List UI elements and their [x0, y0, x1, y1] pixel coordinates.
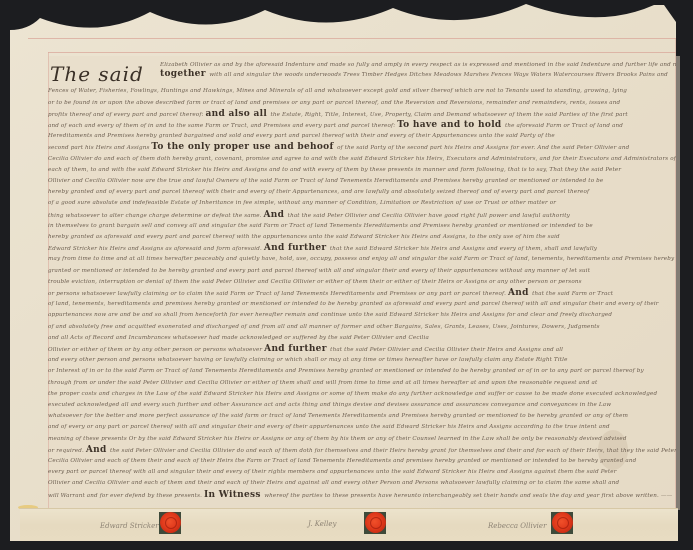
- deed-line: will Warrant and for ever defend by thes…: [48, 490, 676, 501]
- line-text: the aforesaid Farm or Tract of land and: [505, 123, 623, 129]
- line-text: Hereditaments and Premises hereby grante…: [48, 133, 555, 139]
- line-text: in themselves to grant bargain sell and …: [48, 223, 593, 229]
- deed-line: thing whatsoever to alter change charge …: [48, 210, 676, 221]
- line-text: will Warrant and for ever defend by thes…: [48, 493, 204, 499]
- line-text: appurtenances now are and be and so shal…: [48, 312, 612, 318]
- deed-line: Ollivier and Cecilia Ollivier now are th…: [48, 176, 676, 187]
- wax: [160, 512, 181, 533]
- line-text: executed acknowledged all and every such…: [48, 402, 611, 408]
- deed-line: granted or mentioned or intended to be h…: [48, 266, 676, 277]
- line-text: profits thereof and of every part and pa…: [48, 112, 206, 118]
- deed-line: or persons whatsoever lawfully claiming …: [48, 288, 676, 299]
- wax: [365, 512, 386, 533]
- emphasis-phrase: and also all: [206, 109, 271, 119]
- emphasis-phrase: To the only proper use and behoof: [151, 142, 337, 152]
- line-text: Ollivier and Cecilia Ollivier and each o…: [48, 480, 619, 486]
- wax-seal-icon: [364, 512, 386, 534]
- line-text: Cecilia Ollivier do and each of them dot…: [48, 156, 676, 162]
- deed-line: Fences of Water, Fisheries, Fowlings, Hu…: [48, 86, 676, 97]
- deed-line: executed acknowledged all and every such…: [48, 400, 676, 411]
- deed-line: may from time to time and at all times h…: [48, 254, 676, 265]
- line-text: of the said Party of the second part his…: [337, 145, 629, 151]
- emphasis-phrase: And further: [264, 243, 330, 253]
- line-text: and every other person and persons whats…: [48, 357, 568, 363]
- deed-line: of and absolutely free and acquitted exo…: [48, 322, 676, 333]
- deed-line: together with all and singular the woods…: [160, 69, 676, 80]
- line-text: that the said Farm or Tract: [532, 291, 613, 297]
- emphasis-phrase: In Witness: [204, 490, 264, 500]
- line-text: that the said Peter Ollivier and Cecilia…: [288, 213, 570, 219]
- deed-line: and of each and every of them of in and …: [48, 120, 676, 131]
- deed-line: Cecilia Ollivier and each of them their …: [48, 456, 676, 467]
- wax-seal-icon: [159, 512, 181, 534]
- wax: [552, 512, 573, 533]
- emphasis-phrase: To have and to hold: [397, 120, 505, 130]
- line-text: Ollivier or either of them or by any oth…: [48, 347, 264, 353]
- line-text: Ollivier and Cecilia Ollivier now are th…: [48, 178, 603, 184]
- line-text: and all Acts of Record and Incumbrances …: [48, 335, 429, 341]
- line-text: each of them, to and with the said Edwar…: [48, 167, 621, 173]
- line-text: hereby granted as aforesaid and every pa…: [48, 234, 560, 240]
- line-text: and of every or any part or parcel there…: [48, 424, 610, 430]
- ruled-line: [28, 38, 676, 39]
- deed-line: or to be found in or upon the above desc…: [48, 98, 676, 109]
- emphasis-phrase: And: [508, 288, 532, 298]
- deed-line: the proper costs and charges in the Law …: [48, 389, 676, 400]
- deed-line: of land, tenements, hereditaments and pr…: [48, 299, 676, 310]
- line-text: and of each and every of them of in and …: [48, 123, 397, 129]
- deed-line: second part his Heirs and Assigns To the…: [48, 142, 676, 153]
- line-text: through from or under the said Peter Oll…: [48, 380, 597, 386]
- signature: Rebecca Ollivier: [488, 522, 546, 530]
- line-text: the said Peter Ollivier and Cecilia Olli…: [110, 448, 676, 454]
- deed-line: appurtenances now are and be and so shal…: [48, 310, 676, 321]
- line-text: thing whatsoever to alter change charge …: [48, 213, 264, 219]
- line-text: may from time to time and at all times h…: [48, 256, 674, 262]
- signature: Edward Stricker: [100, 522, 159, 530]
- line-text: of and absolutely free and acquitted exo…: [48, 324, 600, 330]
- line-text: whereof the parties to these presents ha…: [264, 493, 672, 499]
- deed-line: every part or parcel thereof with all an…: [48, 467, 676, 478]
- line-text: the proper costs and charges in the Law …: [48, 391, 657, 397]
- line-text: or to be found in or upon the above desc…: [48, 100, 620, 106]
- line-text: every part or parcel thereof with all an…: [48, 469, 617, 475]
- deed-line: profits thereof and of every part and pa…: [48, 109, 676, 120]
- line-text: granted or mentioned or intended to be h…: [48, 268, 590, 274]
- line-text: Edward Stricker his Heirs and Assigns as…: [48, 246, 264, 252]
- deed-line: of a good sure absolute and indefeasible…: [48, 198, 676, 209]
- line-text: whatsoever for the better and more perfe…: [48, 413, 628, 419]
- line-text: hereby granted and of every part and par…: [48, 189, 589, 195]
- signature: J. Kelley: [308, 520, 336, 528]
- line-text: of land, tenements, hereditaments and pr…: [48, 301, 659, 307]
- deed-line: in themselves to grant bargain sell and …: [48, 221, 676, 232]
- deed-line: trouble eviction, interruption or denial…: [48, 277, 676, 288]
- deed-line: or required. And the said Peter Ollivier…: [48, 445, 676, 456]
- line-text: or Interest of in or to the said Farm or…: [48, 368, 644, 374]
- line-text: trouble eviction, interruption or denial…: [48, 279, 582, 285]
- line-text: second part his Heirs and Assigns: [48, 145, 151, 151]
- emphasis-phrase: And further: [264, 344, 330, 354]
- deed-line: Ollivier and Cecilia Ollivier and each o…: [48, 478, 676, 489]
- deed-line: Edward Stricker his Heirs and Assigns as…: [48, 243, 676, 254]
- line-text: of a good sure absolute and indefeasible…: [48, 200, 556, 206]
- line-text: or required.: [48, 448, 86, 454]
- line-text: with all and singular the woods underwoo…: [209, 72, 668, 78]
- emphasis-phrase: And: [264, 210, 288, 220]
- line-text: Fences of Water, Fisheries, Fowlings, Hu…: [48, 88, 627, 94]
- deed-line: hereby granted as aforesaid and every pa…: [48, 232, 676, 243]
- deed-line: hereby granted and of every part and par…: [48, 187, 676, 198]
- line-text: or persons whatsoever lawfully claiming …: [48, 291, 508, 297]
- line-text: meaning of these presents Or by the said…: [48, 436, 627, 442]
- ruled-line: [48, 52, 676, 53]
- deed-line: Cecilia Ollivier do and each of them dot…: [48, 154, 676, 165]
- deed-line: or Interest of in or to the said Farm or…: [48, 366, 676, 377]
- line-text: Cecilia Ollivier and each of them their …: [48, 458, 636, 464]
- deed-line: and every other person and persons whats…: [48, 355, 676, 366]
- deed-line: and of every or any part or parcel there…: [48, 422, 676, 433]
- deed-text: Elizabeth Ollivier as and by the aforesa…: [48, 60, 676, 508]
- line-text: the Estate, Right, Title, Interest, Use,…: [270, 112, 627, 118]
- deed-line: Hereditaments and Premises hereby grante…: [48, 131, 676, 142]
- deed-line: Ollivier or either of them or by any oth…: [48, 344, 676, 355]
- line-text: Elizabeth Ollivier as and by the aforesa…: [160, 62, 676, 68]
- deed-line: through from or under the said Peter Oll…: [48, 378, 676, 389]
- deed-line: and all Acts of Record and Incumbrances …: [48, 333, 676, 344]
- emphasis-phrase: And: [86, 445, 110, 455]
- line-text: that the said Peter Ollivier and Cecilia…: [330, 347, 563, 353]
- emphasis-phrase: together: [160, 69, 209, 79]
- deed-line: meaning of these presents Or by the said…: [48, 434, 676, 445]
- deed-line: whatsoever for the better and more perfe…: [48, 411, 676, 422]
- line-text: that the said Edward Stricker his Heirs …: [330, 246, 597, 252]
- deed-line: each of them, to and with the said Edwar…: [48, 165, 676, 176]
- wax-seal-icon: [551, 512, 573, 534]
